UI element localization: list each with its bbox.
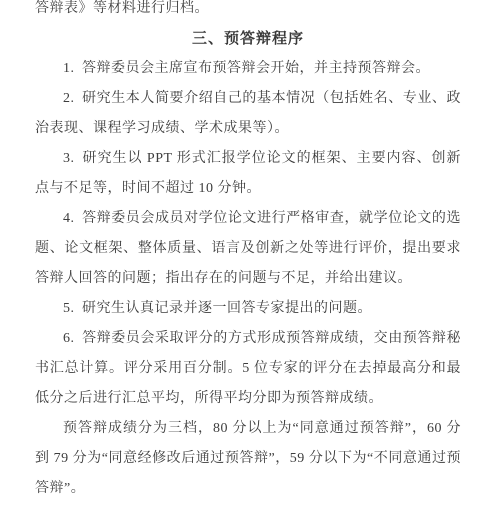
paragraph-continuation: 答辩表》等材料进行归档。	[35, 0, 461, 24]
section-heading: 三、预答辩程序	[35, 24, 461, 54]
list-item-1: 1. 答辩委员会主席宣布预答辩会开始，并主持预答辩会。	[35, 54, 461, 84]
document-page: 答辩表》等材料进行归档。 三、预答辩程序 1. 答辩委员会主席宣布预答辩会开始，…	[0, 0, 489, 512]
list-item-3: 3. 研究生以 PPT 形式汇报学位论文的框架、主要内容、创新点与不足等，时间不…	[35, 144, 461, 204]
list-item-2: 2. 研究生本人简要介绍自己的基本情况（包括姓名、专业、政治表现、课程学习成绩、…	[35, 84, 461, 144]
list-item-4: 4. 答辩委员会成员对学位论文进行严格审查，就学位论文的选题、论文框架、整体质量…	[35, 204, 461, 294]
paragraph-grading-scale: 预答辩成绩分为三档，80 分以上为“同意通过预答辩”，60 分到 79 分为“同…	[35, 414, 461, 504]
list-item-5: 5. 研究生认真记录并逐一回答专家提出的问题。	[35, 294, 461, 324]
document-content: 答辩表》等材料进行归档。 三、预答辩程序 1. 答辩委员会主席宣布预答辩会开始，…	[0, 0, 489, 504]
list-item-6: 6. 答辩委员会采取评分的方式形成预答辩成绩，交由预答辩秘书汇总计算。评分采用百…	[35, 324, 461, 414]
